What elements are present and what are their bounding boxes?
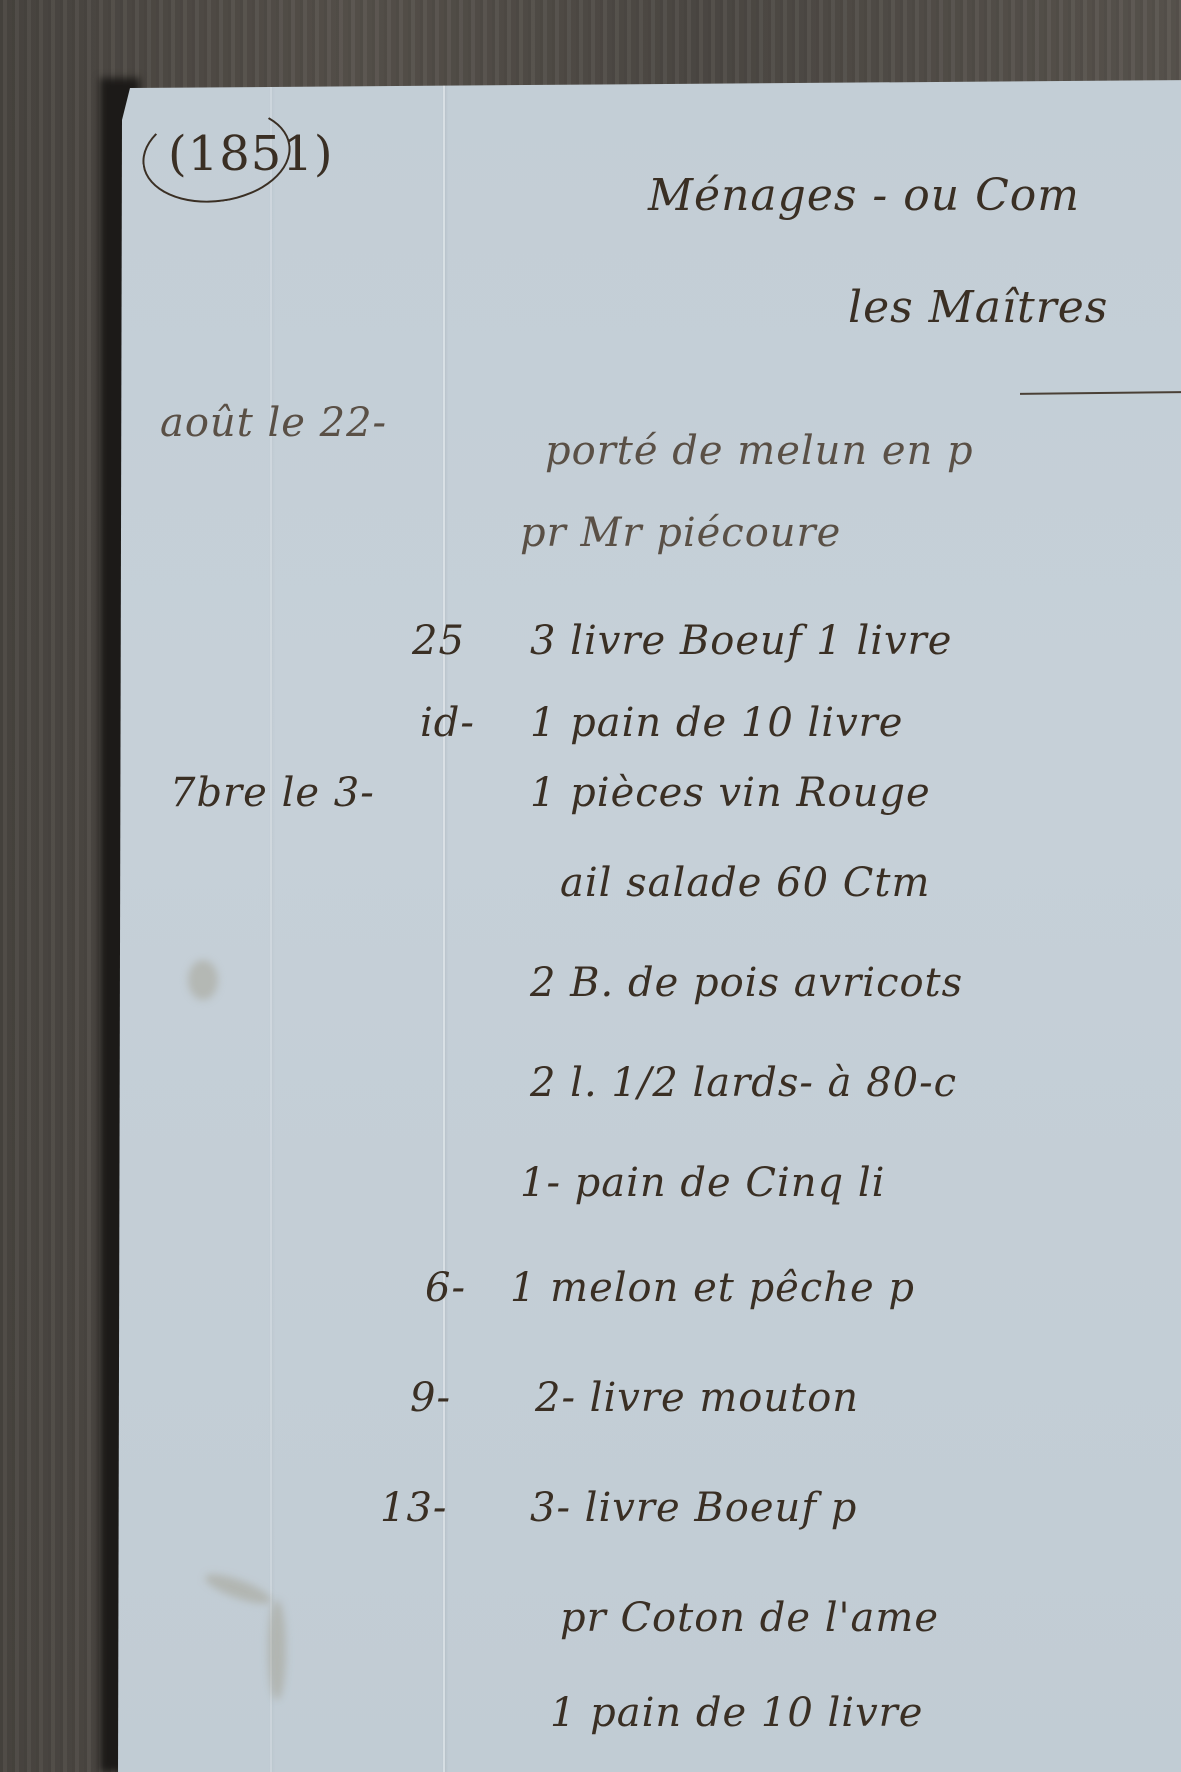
entry-date: 6- — [425, 1265, 466, 1311]
entry-text: 2- livre mouton — [535, 1375, 859, 1421]
entry-text: ail salade 60 Ctm — [560, 860, 930, 906]
entry-text: 2 l. 1/2 lards- à 80-c — [530, 1060, 957, 1106]
entry-text: pr Mr piécoure — [520, 510, 841, 556]
entry-text: 1 pain de 10 livre — [550, 1690, 923, 1736]
entry-text: 1- pain de Cinq li — [520, 1160, 885, 1206]
entry-text: 1 pain de 10 livre — [530, 700, 903, 746]
water-stain — [202, 1569, 274, 1610]
entry-text: pr Coton de l'ame — [560, 1595, 939, 1641]
ink-stain — [188, 960, 218, 1000]
entry-date: 7bre le 3- — [170, 770, 375, 816]
water-stain — [268, 1600, 286, 1700]
heading-line-2: les Maîtres — [848, 282, 1108, 333]
entry-text: 1 pièces vin Rouge — [530, 770, 931, 816]
entry-text: 3- livre Boeuf p — [530, 1485, 857, 1531]
entry-date: id- — [420, 700, 475, 746]
entry-date: août le 22- — [160, 400, 387, 446]
entry-text: 1 melon et pêche p — [510, 1265, 915, 1311]
heading-line-1: Ménages - ou Com — [648, 170, 1080, 221]
entry-date: 13- — [380, 1485, 447, 1531]
year-mark: (1851) — [168, 126, 334, 182]
entry-text: 3 livre Boeuf 1 livre — [530, 618, 952, 664]
entry-date: 9- — [410, 1375, 451, 1421]
entry-date: 25 — [412, 618, 465, 664]
entry-text: 2 B. de pois avricots — [530, 960, 963, 1006]
page-fold-line — [270, 80, 272, 1772]
entry-text: porté de melun en p — [545, 428, 974, 474]
